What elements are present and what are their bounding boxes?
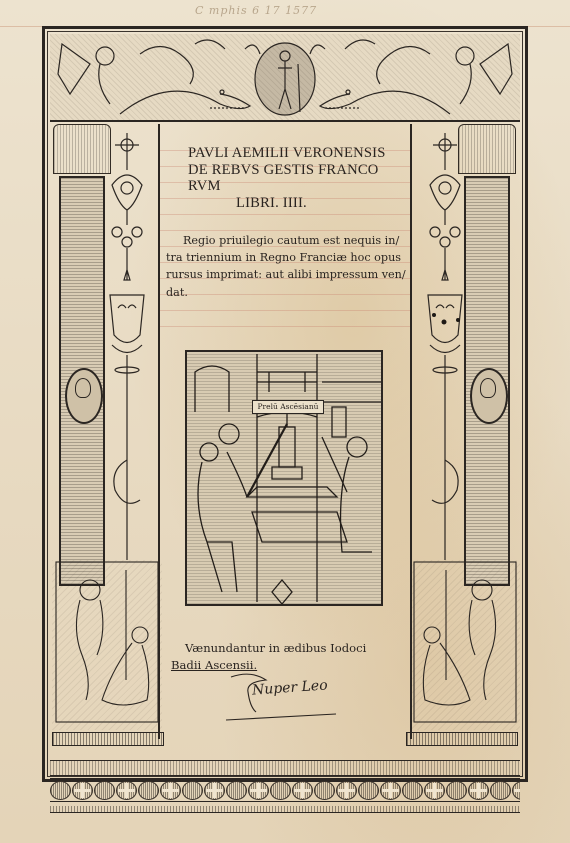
roundel-icon: [226, 781, 247, 800]
cross-roundel-icon: [336, 781, 357, 800]
roundel-icon: [358, 781, 379, 800]
roundel-icon: [50, 781, 71, 800]
roundel-icon: [402, 781, 423, 800]
cross-roundel-icon: [248, 781, 269, 800]
privilege-line: Regio priuilegio cautum est nequis in/: [166, 232, 410, 249]
book-title: PAVLI AEMILII VERONENSIS DE REBVS GESTIS…: [188, 145, 413, 211]
privilege-line: rursus imprimat: aut alibi impressum ven…: [166, 266, 410, 283]
left-mermaid-figures-icon: [52, 560, 162, 730]
right-candelabra-ornament-icon: [418, 130, 472, 560]
cross-roundel-icon: [512, 781, 520, 800]
cross-roundel-icon: [468, 781, 489, 800]
title-line: PAVLI AEMILII VERONENSIS: [188, 145, 413, 162]
left-pillar-shaft: [59, 176, 105, 586]
roundel-icon: [182, 781, 203, 800]
left-candelabra-ornament-icon: [100, 130, 154, 560]
title-page: C mphis 6 17 1577: [0, 0, 570, 843]
cross-roundel-icon: [380, 781, 401, 800]
press-caption-label: Prelū Ascēsianū: [252, 400, 324, 414]
bottom-hatched-band-lower: [50, 806, 520, 813]
left-pillar-base: [52, 732, 164, 746]
bottom-roundel-frieze: [50, 778, 520, 802]
title-line: DE REBVS GESTIS FRANCO: [188, 162, 413, 179]
cross-roundel-icon: [116, 781, 137, 800]
bottom-hatched-band: [50, 760, 520, 776]
foliage-dolphins-ornament-icon: [50, 34, 520, 120]
manuscript-note: C mphis 6 17 1577: [195, 4, 317, 17]
title-books-count: LIBRI. IIII.: [188, 195, 413, 212]
cross-roundel-icon: [72, 781, 93, 800]
roundel-icon: [314, 781, 335, 800]
imprint: Vænundantur in ædibus Iodoci Badii Ascen…: [185, 640, 415, 674]
right-pillar-base: [406, 732, 518, 746]
printing-press-woodcut: Prelū Ascēsianū: [185, 350, 383, 606]
cross-roundel-icon: [292, 781, 313, 800]
royal-privilege-notice: Regio priuilegio cautum est nequis in/ t…: [166, 232, 410, 301]
imprint-line: Vænundantur in ædibus Iodoci: [185, 640, 415, 657]
roundel-icon: [446, 781, 467, 800]
roundel-icon: [138, 781, 159, 800]
roundel-icon: [94, 781, 115, 800]
roundel-icon: [490, 781, 511, 800]
privilege-line: dat.: [166, 284, 410, 301]
right-portrait-medallion-icon: [470, 368, 508, 424]
left-portrait-medallion-icon: [65, 368, 103, 424]
title-line: RVM: [188, 178, 413, 195]
cross-roundel-icon: [424, 781, 445, 800]
printing-press-illustration-icon: [187, 352, 383, 606]
cross-roundel-icon: [204, 781, 225, 800]
right-mermaid-figures-icon: [410, 560, 520, 730]
privilege-line: tra triennium in Regno Franciæ hoc opus: [166, 249, 410, 266]
cross-roundel-icon: [160, 781, 181, 800]
top-ornament-panel: [50, 34, 520, 122]
roundel-icon: [270, 781, 291, 800]
